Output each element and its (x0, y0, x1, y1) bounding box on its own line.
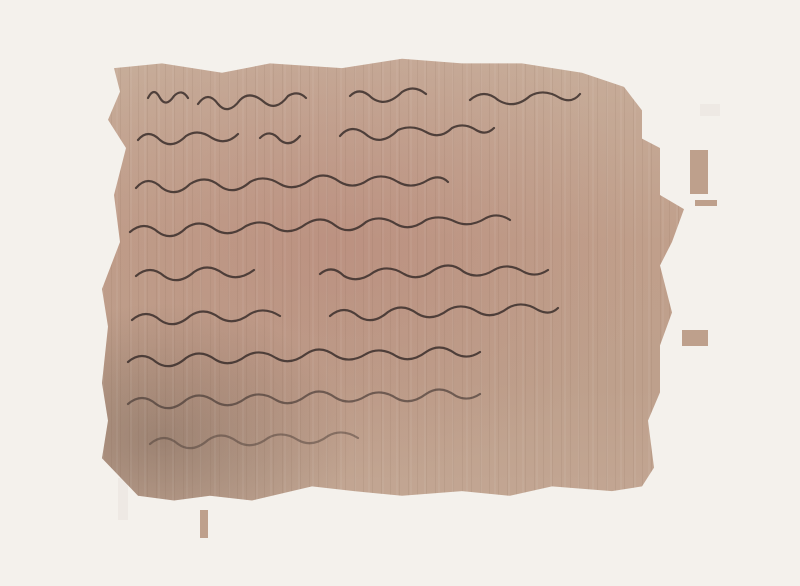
photo-stage (0, 0, 800, 586)
handwriting-ink (0, 0, 800, 586)
